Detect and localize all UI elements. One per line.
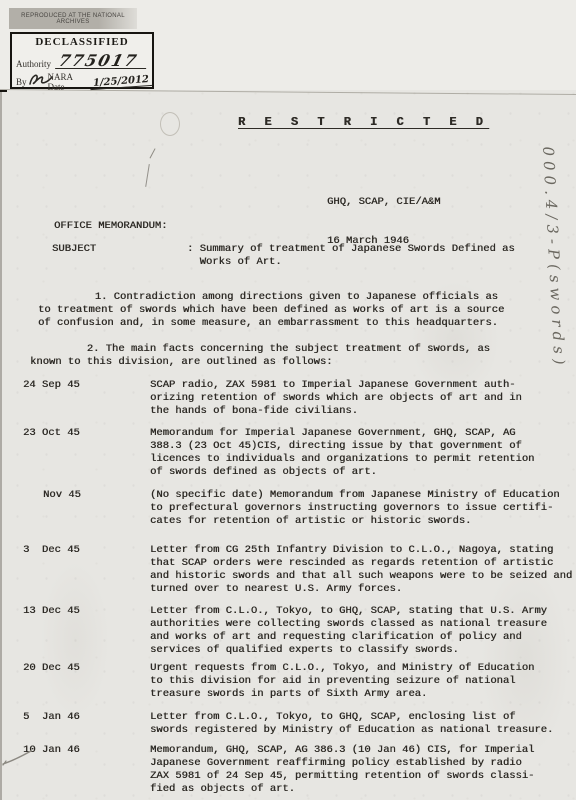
authority-row: Authority 775017: [12, 47, 152, 69]
declassified-date-handwritten: 1/25/2012: [90, 74, 153, 90]
subject-label: SUBJECT: [52, 243, 96, 256]
pencil-circle-smudge: [160, 112, 180, 136]
classification-banner: R E S T R I C T E D: [238, 116, 489, 129]
by-label: By: [16, 77, 27, 87]
declassified-stamp-box: DECLASSIFIED Authority 775017 By NARA Da…: [10, 32, 154, 89]
office-symbol: GHQ, SCAP, CIE/A&M: [327, 196, 440, 209]
subject-text: : Summary of treatment of Japanese Sword…: [187, 243, 547, 269]
national-archives-stamp: REPRODUCED AT THE NATIONAL ARCHIVES: [9, 8, 137, 29]
timeline-date: Nov 45: [43, 489, 81, 502]
timeline-entry-text: Memorandum for Imperial Japanese Governm…: [150, 427, 576, 479]
timeline-date: 3 Dec 45: [23, 544, 80, 557]
scan-smudge: [410, 280, 500, 400]
timeline-entry-text: (No specific date) Memorandum from Japan…: [150, 489, 576, 528]
authority-number-handwritten: 775017: [55, 53, 150, 69]
pencil-stroke-mark: [149, 148, 155, 158]
pencil-stroke-mark: [145, 164, 150, 187]
pencil-check-mark: [0, 746, 36, 775]
timeline-date: 23 Oct 45: [23, 427, 80, 440]
office-memorandum-heading: OFFICE MEMORANDUM:: [54, 220, 167, 233]
timeline-entry-text: SCAP radio, ZAX 5981 to Imperial Japanes…: [150, 379, 576, 418]
timeline-row: 23 Oct 45 Memorandum for Imperial Japane…: [0, 427, 576, 479]
scanned-document-page: REPRODUCED AT THE NATIONAL ARCHIVES DECL…: [0, 0, 576, 800]
scan-smudge: [40, 560, 110, 720]
timeline-row: Nov 45 (No specific date) Memorandum fro…: [0, 489, 576, 528]
authority-label: Authority: [16, 59, 51, 69]
timeline-date: 24 Sep 45: [23, 379, 80, 392]
declassification-slip: REPRODUCED AT THE NATIONAL ARCHIVES DECL…: [0, 0, 576, 90]
scan-smudge: [480, 560, 570, 760]
